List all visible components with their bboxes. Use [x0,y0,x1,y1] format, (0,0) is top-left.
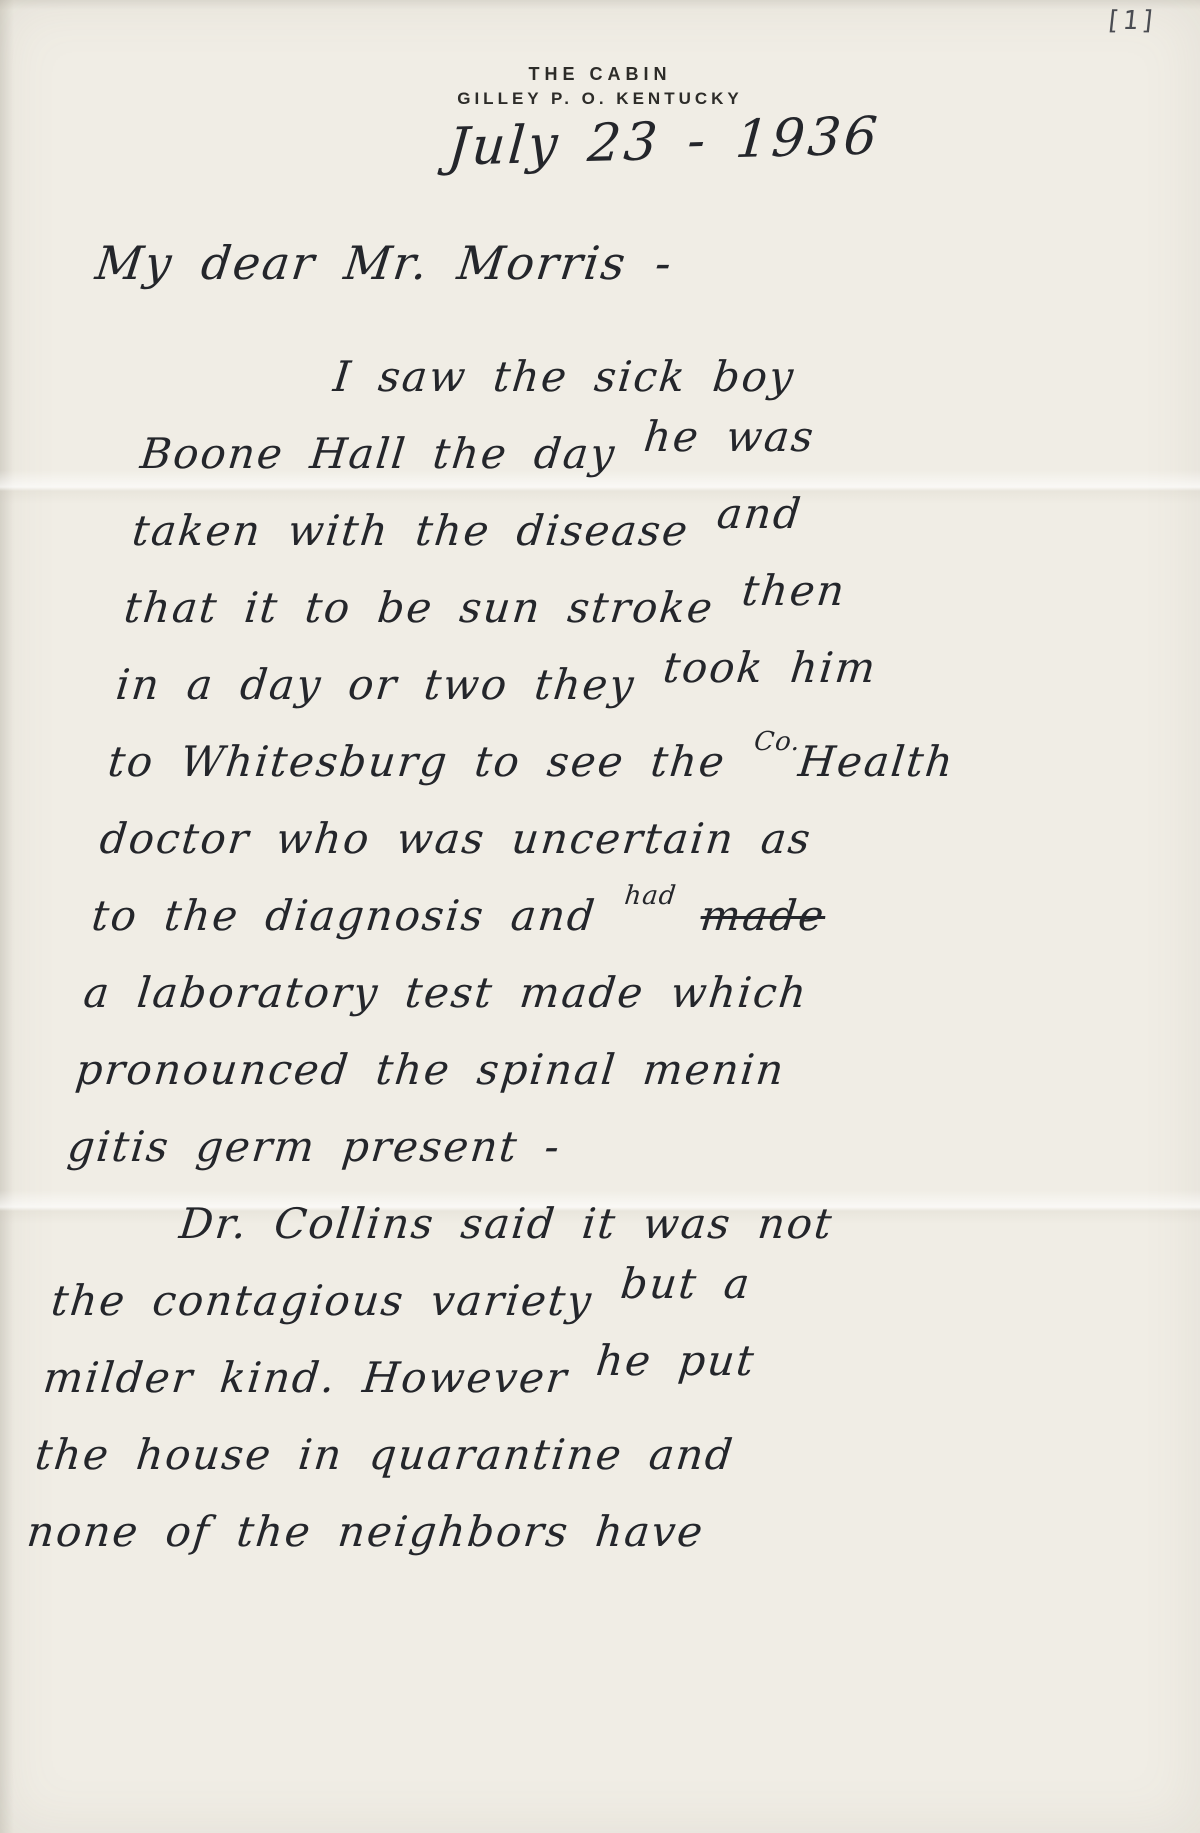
handwritten-line: pronounced the spinal menin [72,1031,1138,1108]
handwritten-text: he put [594,1336,758,1385]
letterhead-address: GILLEY P. O. KENTUCKY [0,89,1200,109]
handwritten-line: to Whitesburg to see the Co.Health [104,723,1170,800]
handwritten-text: milder kind. However [41,1353,597,1402]
handwritten-line: Boone Hall the day he was [137,415,1200,492]
handwritten-text: took him [661,643,880,692]
handwritten-text: and [715,489,805,538]
handwritten-line: in a day or two they took him [112,646,1178,723]
letterhead: THE CABIN GILLEY P. O. KENTUCKY [0,64,1200,109]
handwritten-line: taken with the disease and [128,492,1194,569]
handwritten-text: to the diagnosis and [89,891,625,940]
handwritten-text: Boone Hall the day [138,429,645,478]
handwritten-text: pronounced the spinal menin [73,1045,788,1094]
handwritten-text: Health [796,737,957,786]
handwritten-line: I saw the sick boy [145,338,1200,415]
handwritten-line: that it to be sun stroke then [120,569,1186,646]
scan-edge-shadow-top [0,0,1200,10]
handwritten-text: a laboratory test made which [81,968,810,1017]
handwritten-text: in a day or two they [114,660,664,709]
handwritten-text: the contagious variety [49,1276,622,1325]
handwritten-text: but a [618,1259,753,1308]
struck-out-word: made [698,891,828,940]
handwritten-text: he was [642,412,818,461]
handwritten-text: doctor who was uncertain as [98,814,815,863]
handwritten-line: doctor who was uncertain as [96,800,1162,877]
handwritten-text: I saw the sick boy [331,352,797,401]
handwritten-text: then [740,566,849,615]
handwritten-text: Dr. Collins said it was not [177,1199,836,1248]
handwritten-line: to the diagnosis and had made [88,877,1154,954]
inserted-word: had [623,881,678,911]
handwritten-line: Dr. Collins said it was not [56,1185,1122,1262]
handwritten-text: to Whitesburg to see the [106,737,755,786]
handwritten-line: the contagious variety but a [48,1262,1114,1339]
handwritten-text: none of the neighbors have [25,1507,707,1556]
handwritten-line: the house in quarantine and [31,1416,1097,1493]
handwritten-text: taken with the disease [130,506,718,555]
letter-body: I saw the sick boyBoone Hall the day he … [23,338,1200,1570]
handwritten-text: gitis germ present - [65,1122,563,1171]
page-number-annotation: [1] [1103,6,1159,36]
scan-edge-shadow-left [0,0,14,1833]
date-line: July 23 - 1936 [446,106,883,177]
handwritten-line: gitis germ present - [64,1108,1130,1185]
letter-page: [1] THE CABIN GILLEY P. O. KENTUCKY July… [0,0,1200,1833]
salutation: My dear Mr. Morris - [93,236,677,290]
letterhead-name: THE CABIN [0,64,1200,85]
handwritten-line: none of the neighbors have [23,1493,1089,1570]
handwritten-line: a laboratory test made which [80,954,1146,1031]
handwritten-text: that it to be sun stroke [122,583,743,632]
inserted-word: Co. [753,727,803,757]
handwritten-line: milder kind. However he put [39,1339,1105,1416]
handwritten-text: the house in quarantine and [33,1430,737,1479]
